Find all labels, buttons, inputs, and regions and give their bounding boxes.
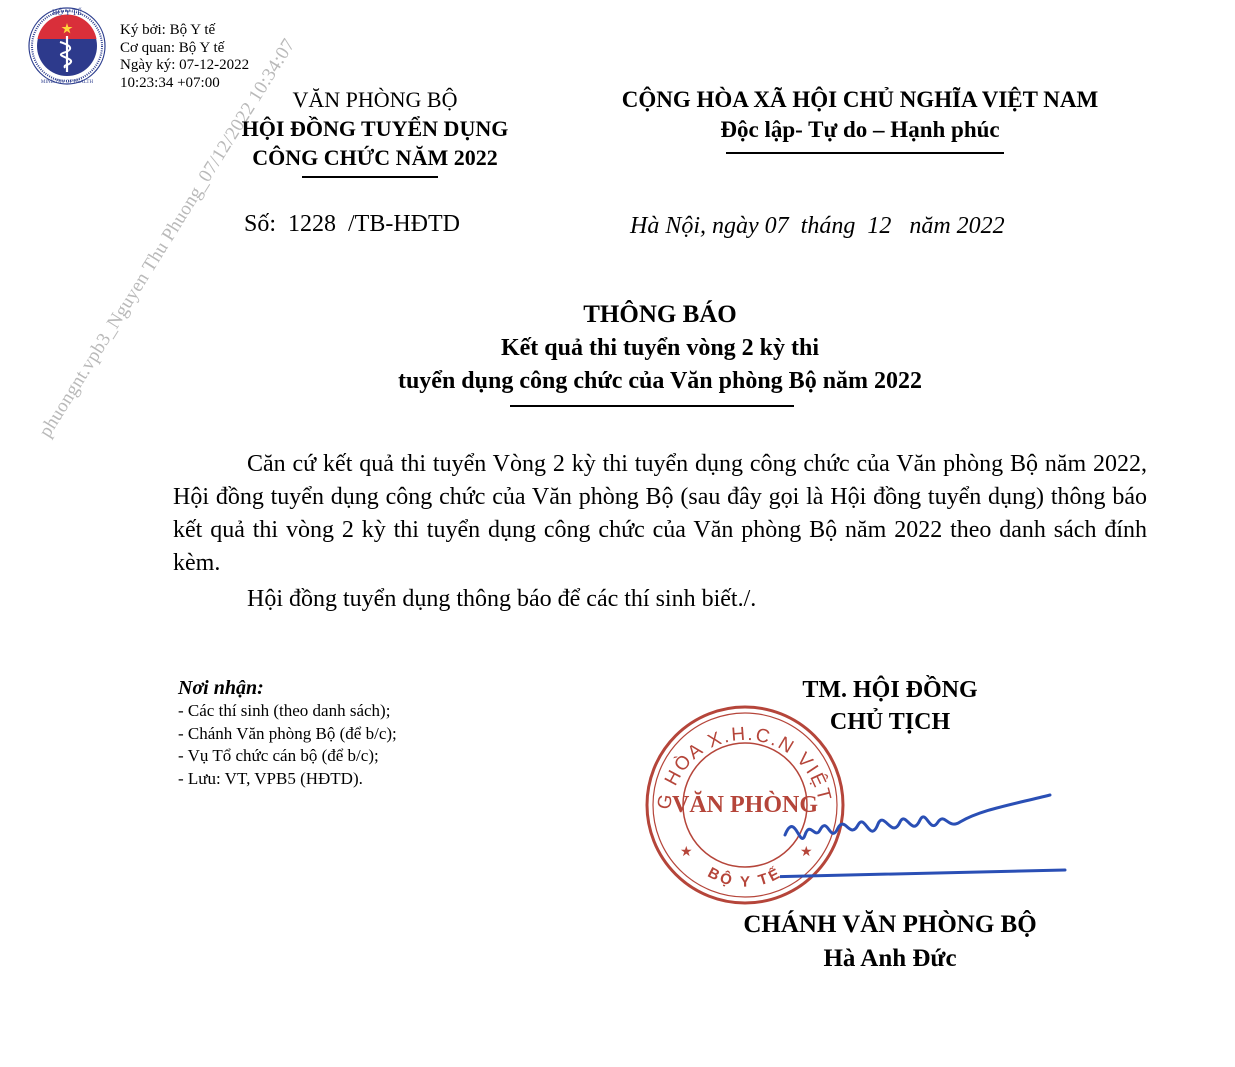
signing-agency: Cơ quan: Bộ Y tế — [120, 40, 249, 58]
ministry-of-health-emblem-icon: BỘ Y TẾ MINISTRY OF HEALTH — [27, 6, 107, 86]
document-body: Căn cứ kết quả thi tuyển Vòng 2 kỳ thi t… — [173, 448, 1147, 616]
place-and-date: Hà Nội, ngày 07 tháng 12 năm 2022 — [630, 213, 1005, 240]
country-name: CỘNG HÒA XÃ HỘI CHỦ NGHĨA VIỆT NAM — [585, 85, 1135, 115]
signed-date: Ngày ký: 07-12-2022 — [120, 57, 249, 75]
svg-text:BỘ Y TẾ: BỘ Y TẾ — [705, 864, 785, 891]
signatory-role: CHỦ TỊCH — [740, 706, 1040, 738]
svg-text:MINISTRY OF HEALTH: MINISTRY OF HEALTH — [41, 80, 94, 85]
council-name-year: CÔNG CHỨC NĂM 2022 — [205, 143, 545, 172]
digital-signature-info: Ký bởi: Bộ Y tếCơ quan: Bộ Y tếNgày ký: … — [120, 22, 249, 92]
recipient-item: - Lưu: VT, VPB5 (HĐTD). — [178, 768, 397, 791]
document-title: THÔNG BÁO Kết quả thi tuyển vòng 2 kỳ th… — [300, 298, 1020, 398]
parent-organization: VĂN PHÒNG BỘ — [205, 86, 545, 114]
body-paragraph: Căn cứ kết quả thi tuyển Vòng 2 kỳ thi t… — [173, 448, 1147, 580]
signer-block: CHÁNH VĂN PHÒNG BỘ Hà Anh Đức — [700, 908, 1080, 976]
national-header: CỘNG HÒA XÃ HỘI CHỦ NGHĨA VIỆT NAM Độc l… — [585, 85, 1135, 145]
signer-position: CHÁNH VĂN PHÒNG BỘ — [700, 908, 1080, 942]
national-motto: Độc lập- Tự do – Hạnh phúc — [585, 115, 1135, 145]
title-rule — [510, 405, 794, 407]
svg-text:★: ★ — [680, 845, 693, 860]
title-type: THÔNG BÁO — [300, 298, 1020, 332]
signer-name: Hà Anh Đức — [700, 942, 1080, 976]
body-paragraph: Hội đồng tuyển dụng thông báo để các thí… — [173, 583, 1147, 616]
recipients-heading: Nơi nhận: — [178, 676, 397, 700]
svg-text:BỘ Y TẾ: BỘ Y TẾ — [52, 7, 82, 17]
signed-by: Ký bởi: Bộ Y tế — [120, 22, 249, 40]
title-subject-line2: tuyển dụng công chức của Văn phòng Bộ nă… — [300, 365, 1020, 398]
handwritten-signature — [780, 790, 1070, 900]
recipients-list: Nơi nhận: - Các thí sinh (theo danh sách… — [178, 676, 397, 790]
left-header-rule — [302, 176, 438, 178]
issuing-organization: VĂN PHÒNG BỘ HỘI ĐỒNG TUYỂN DỤNG CÔNG CH… — [205, 86, 545, 172]
document-number: Số: 1228 /TB-HĐTD — [244, 211, 460, 238]
right-header-rule — [726, 152, 1004, 154]
recipient-item: - Các thí sinh (theo danh sách); — [178, 700, 397, 723]
signatory-on-behalf: TM. HỘI ĐỒNG — [740, 674, 1040, 706]
title-subject-line1: Kết quả thi tuyển vòng 2 kỳ thi — [300, 332, 1020, 365]
signatory-title: TM. HỘI ĐỒNG CHỦ TỊCH — [740, 674, 1040, 738]
recipient-item: - Vụ Tổ chức cán bộ (để b/c); — [178, 745, 397, 768]
council-name: HỘI ĐỒNG TUYỂN DỤNG — [205, 114, 545, 143]
recipient-item: - Chánh Văn phòng Bộ (để b/c); — [178, 723, 397, 746]
